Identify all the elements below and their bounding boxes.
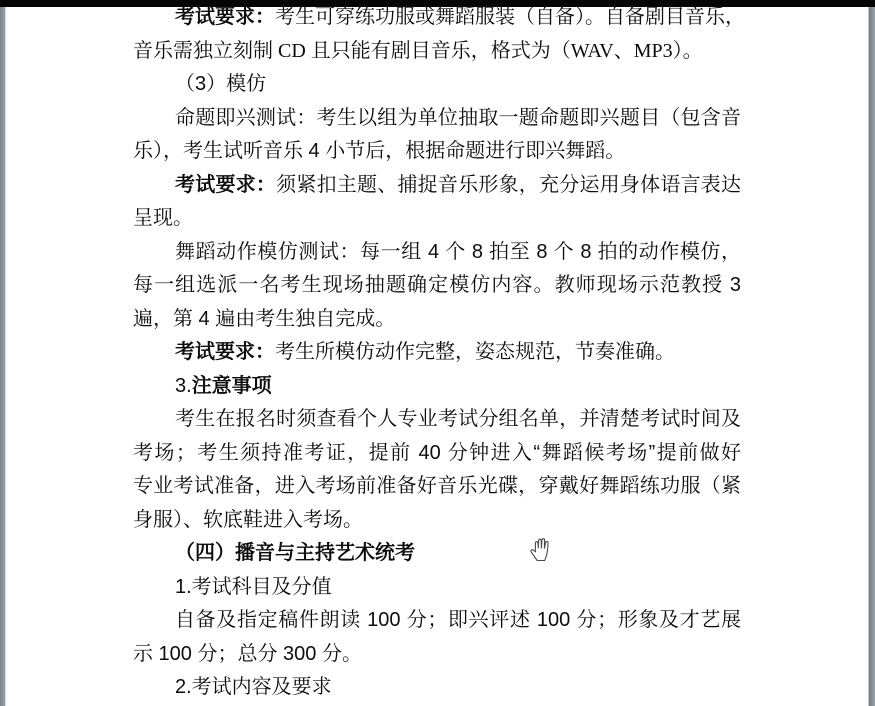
text-line: 呈现。 bbox=[133, 202, 741, 236]
text-segment: 考生在报名时须查看个人专业考试分组名单，并清楚考试时间及 bbox=[175, 408, 741, 430]
text-line: 专业考试准备，进入考场前准备好音乐光碟，穿戴好舞蹈练功服（紧 bbox=[133, 470, 741, 504]
text-segment: 示 100 分；总分 300 分。 bbox=[133, 643, 362, 665]
bold-text-segment: 考试要求： bbox=[175, 174, 276, 196]
text-line: （四）播音与主持艺术统考 bbox=[133, 537, 741, 571]
text-segment: 每一组选派一名考生现场抽题确定模仿内容。教师现场示范教授 3 bbox=[133, 274, 741, 296]
page-content: 考试要求：考生可穿练功服或舞蹈服装（自备）。自备剧目音乐，音乐需独立刻制 CD … bbox=[133, 1, 741, 705]
bold-text-segment: （四）播音与主持艺术统考 bbox=[175, 542, 415, 564]
text-line: 1.考试科目及分值 bbox=[133, 571, 741, 605]
text-line: 示 100 分；总分 300 分。 bbox=[133, 638, 741, 672]
text-segment: 考生所模仿动作完整，姿态规范，节奏准确。 bbox=[275, 341, 675, 363]
viewer-background-right bbox=[868, 0, 875, 706]
text-line: 命题即兴测试：考生以组为单位抽取一题命题即兴题目（包含音 bbox=[133, 102, 741, 136]
text-segment: 考生可穿练功服或舞蹈服装（自备）。自备剧目音乐， bbox=[275, 6, 745, 28]
text-segment: 1.考试科目及分值 bbox=[175, 576, 332, 598]
text-segment: （3）模仿 bbox=[175, 73, 266, 95]
text-segment: 考场；考生须持准考证，提前 40 分钟进入“舞蹈候考场”提前做好 bbox=[133, 442, 741, 464]
top-border-bar bbox=[0, 0, 875, 7]
text-segment: 自备及指定稿件朗读 100 分；即兴评述 100 分；形象及才艺展 bbox=[175, 609, 741, 631]
bold-text-segment: 考试要求： bbox=[175, 341, 275, 363]
text-line: 每一组选派一名考生现场抽题确定模仿内容。教师现场示范教授 3 bbox=[133, 269, 741, 303]
text-segment: 乐），考生试听音乐 4 小节后，根据命题进行即兴舞蹈。 bbox=[133, 140, 625, 162]
text-segment: 遍，第 4 遍由考生独自完成。 bbox=[133, 308, 395, 330]
document-page[interactable]: 考试要求：考生可穿练功服或舞蹈服装（自备）。自备剧目音乐，音乐需独立刻制 CD … bbox=[6, 7, 869, 706]
text-line: 身服）、软底鞋进入考场。 bbox=[133, 504, 741, 538]
text-line: 自备及指定稿件朗读 100 分；即兴评述 100 分；形象及才艺展 bbox=[133, 604, 741, 638]
viewer-background-left bbox=[0, 0, 6, 706]
text-segment: 身服）、软底鞋进入考场。 bbox=[133, 509, 363, 531]
text-segment: 3. bbox=[175, 375, 192, 397]
text-segment: 专业考试准备，进入考场前准备好音乐光碟，穿戴好舞蹈练功服（紧 bbox=[133, 475, 741, 497]
text-line: 3.注意事项 bbox=[133, 370, 741, 404]
text-segment: 呈现。 bbox=[133, 207, 193, 229]
text-segment: 命题即兴测试：考生以组为单位抽取一题命题即兴题目（包含音 bbox=[175, 107, 741, 129]
text-line: 舞蹈动作模仿测试：每一组 4 个 8 拍至 8 个 8 拍的动作模仿， bbox=[133, 236, 741, 270]
text-line: 2.考试内容及要求 bbox=[133, 671, 741, 705]
text-segment: 须紧扣主题、捕捉音乐形象，充分运用身体语言表达 bbox=[276, 174, 741, 196]
text-line: （3）模仿 bbox=[133, 68, 741, 102]
text-segment: 2.考试内容及要求 bbox=[175, 676, 332, 698]
text-line: 考试要求：须紧扣主题、捕捉音乐形象，充分运用身体语言表达 bbox=[133, 169, 741, 203]
text-segment: 音乐需独立刻制 CD 且只能有剧目音乐，格式为（WAV、MP3）。 bbox=[133, 40, 703, 62]
text-line: 音乐需独立刻制 CD 且只能有剧目音乐，格式为（WAV、MP3）。 bbox=[133, 35, 741, 69]
text-line: 考生在报名时须查看个人专业考试分组名单，并清楚考试时间及 bbox=[133, 403, 741, 437]
text-line: 遍，第 4 遍由考生独自完成。 bbox=[133, 303, 741, 337]
text-line: 考场；考生须持准考证，提前 40 分钟进入“舞蹈候考场”提前做好 bbox=[133, 437, 741, 471]
bold-text-segment: 注意事项 bbox=[192, 375, 272, 397]
text-line: 乐），考生试听音乐 4 小节后，根据命题进行即兴舞蹈。 bbox=[133, 135, 741, 169]
bold-text-segment: 考试要求： bbox=[175, 6, 275, 28]
text-segment: 舞蹈动作模仿测试：每一组 4 个 8 拍至 8 个 8 拍的动作模仿， bbox=[175, 241, 741, 263]
text-line: 考试要求：考生所模仿动作完整，姿态规范，节奏准确。 bbox=[133, 336, 741, 370]
